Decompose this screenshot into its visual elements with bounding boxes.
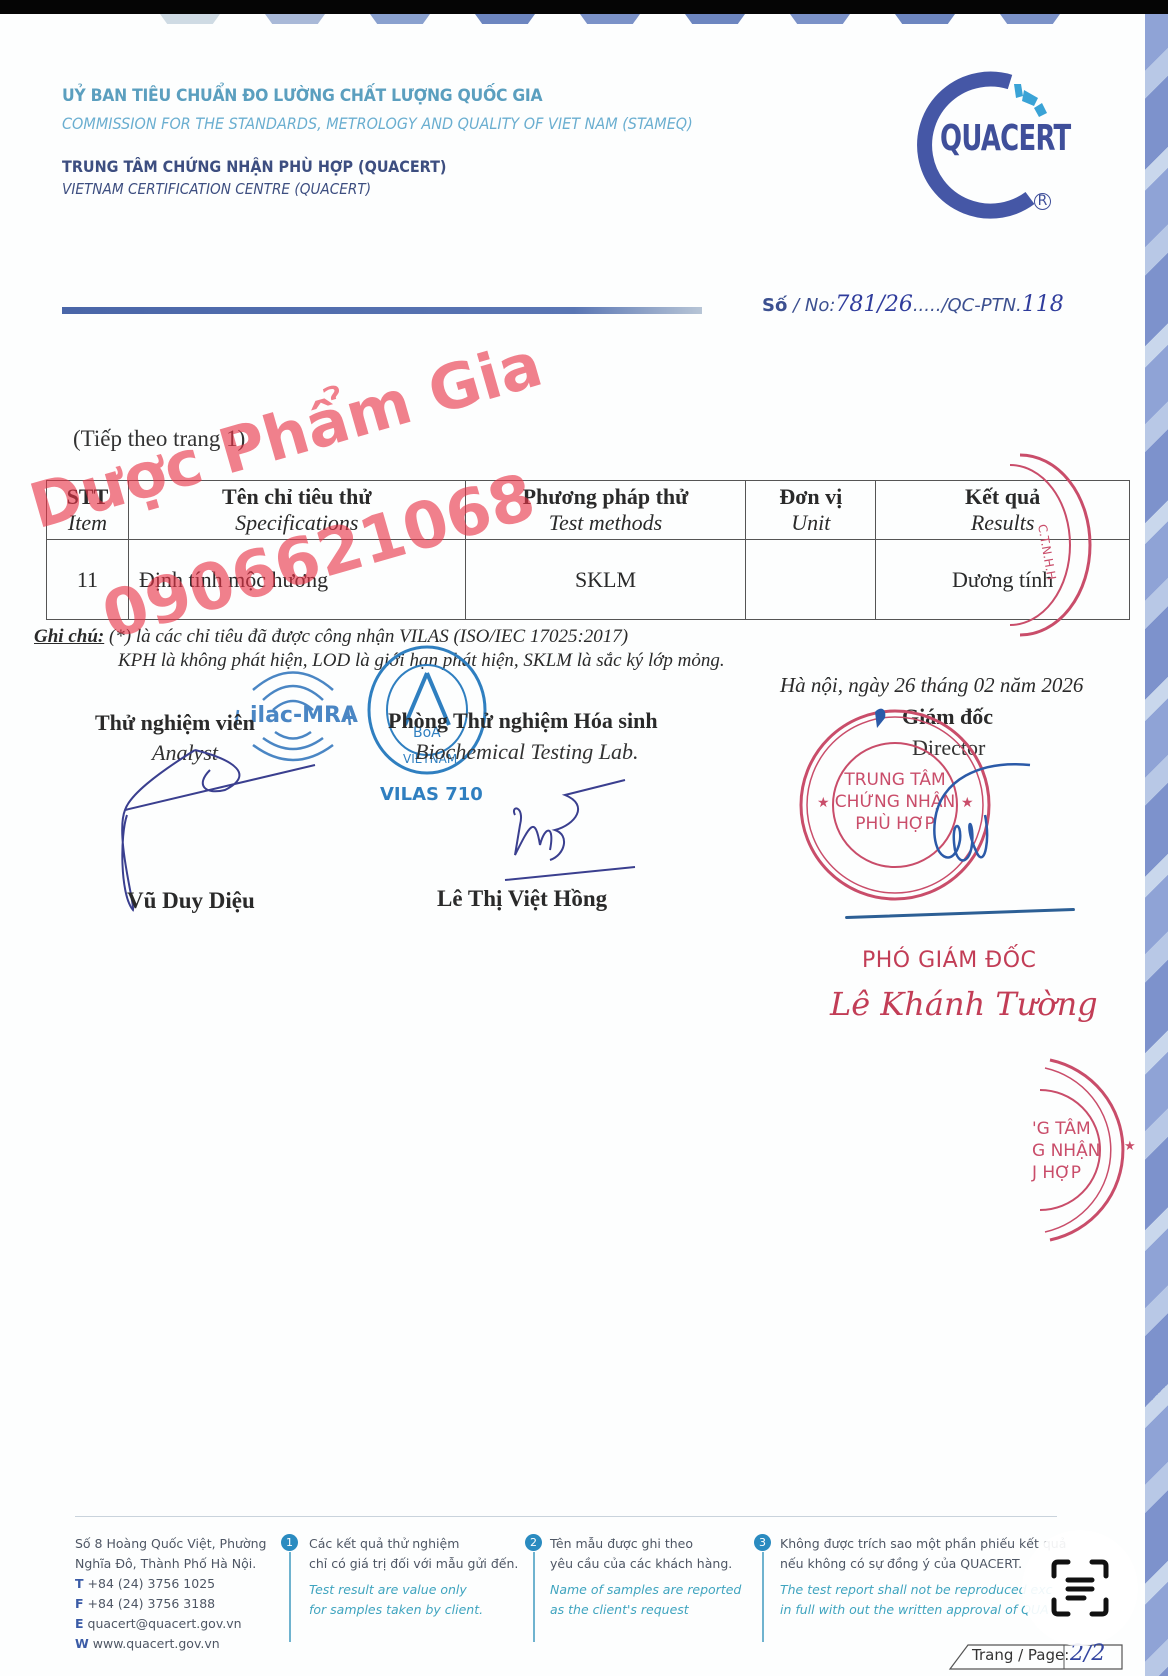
footer-contact: Số 8 Hoàng Quốc Việt, Phường Nghĩa Đô, T…: [75, 1534, 266, 1654]
footer-website: www.quacert.gov.vn: [93, 1636, 220, 1651]
top-black-bar: [0, 0, 1168, 14]
doc-number-year: 26: [885, 292, 913, 317]
svg-text:C.T.N.H.H: C.T.N.H.H: [1035, 523, 1059, 581]
footer-note-2: Tên mẫu được ghi theo yêu cầu của các kh…: [550, 1534, 741, 1620]
logo-text: QUACERT: [940, 118, 1071, 159]
doc-number-suffix: /QC-PTN.: [941, 295, 1021, 316]
deputy-signature-line: [845, 908, 1075, 919]
notes-label: Ghi chú:: [34, 626, 104, 647]
scan-text-button[interactable]: [1022, 1530, 1138, 1646]
analyst-title: Thử nghiệm viên: [95, 710, 255, 736]
lab-title-en: Biochemical Testing Lab.: [415, 739, 638, 765]
seal-stamp-icon: C.T.N.H.H: [1000, 450, 1080, 640]
analyst-name: Vũ Duy Diệu: [127, 888, 255, 914]
centre-name-vi: TRUNG TÂM CHỨNG NHẬN PHÙ HỢP (QUACERT): [62, 157, 447, 176]
footer-phone: +84 (24) 3756 1025: [88, 1576, 216, 1591]
footer-note-1-line: [289, 1552, 291, 1642]
footer-note-3-line: [762, 1552, 764, 1642]
footer-note-3-number: 3: [754, 1534, 771, 1551]
svg-text:J HỢP: J HỢP: [1031, 1163, 1081, 1183]
org-name-vi: UỶ BAN TIÊU CHUẨN ĐO LƯỜNG CHẤT LƯỢNG QU…: [62, 86, 542, 106]
svg-text:★: ★: [817, 796, 830, 811]
footer-note-2-line: [533, 1552, 535, 1642]
cell-unit: [746, 540, 876, 620]
doc-number-label-en: / No:: [787, 295, 835, 316]
scan-text-icon: [1050, 1558, 1110, 1618]
director-signature-icon: [860, 760, 1035, 880]
lab-head-name: Lê Thị Việt Hồng: [437, 886, 607, 912]
col-header-unit: Đơn vịUnit: [746, 481, 876, 540]
deputy-director-title: PHÓ GIÁM ĐỐC: [862, 948, 1036, 973]
centre-name-en: VIETNAM CERTIFICATION CENTRE (QUACERT): [62, 180, 371, 198]
doc-number-suffix-hand: 118: [1022, 292, 1064, 317]
svg-text:G NHẬN: G NHẬN: [1032, 1139, 1100, 1161]
footer-note-2-number: 2: [525, 1534, 542, 1551]
svg-text:ilac-MRA: ilac-MRA: [250, 703, 358, 728]
partial-centre-stamp-icon: 'G TÂM G NHẬN J HỢP ★: [1000, 1050, 1145, 1250]
lab-signature-icon: [505, 775, 640, 885]
page-label: Trang / Page:: [972, 1646, 1069, 1664]
right-decorative-border: [1145, 14, 1168, 1676]
doc-number-label: Số: [762, 295, 787, 316]
doc-number-value: 781: [835, 292, 877, 317]
issue-date: Hà nội, ngày 26 tháng 02 năm 2026: [780, 673, 1083, 698]
footer-divider: [75, 1516, 1057, 1517]
deputy-director-name: Lê Khánh Tường: [830, 985, 1098, 1023]
cell-method: SKLM: [465, 540, 746, 620]
svg-text:'G TÂM: 'G TÂM: [1032, 1117, 1091, 1139]
footer-fax: +84 (24) 3756 3188: [88, 1596, 216, 1611]
footer-email: quacert@quacert.gov.vn: [88, 1616, 242, 1631]
vilas-number: VILAS 710: [380, 784, 483, 805]
doc-number-dots: .....: [913, 295, 942, 316]
document-number: Số / No:781/26...../QC-PTN.118: [762, 292, 1064, 317]
footer-note-1: Các kết quả thử nghiệm chỉ có giá trị đố…: [309, 1534, 518, 1620]
footer-note-1-number: 1: [281, 1534, 298, 1551]
svg-text:★: ★: [1124, 1138, 1136, 1153]
org-name-en: COMMISSION FOR THE STANDARDS, METROLOGY …: [62, 114, 693, 133]
header-separator: [62, 307, 702, 314]
lab-title: Phòng Thử nghiệm Hóa sinh: [388, 708, 658, 734]
page-number-box: Trang / Page: 2/2: [950, 1643, 1122, 1670]
registered-mark: R: [1034, 193, 1051, 210]
